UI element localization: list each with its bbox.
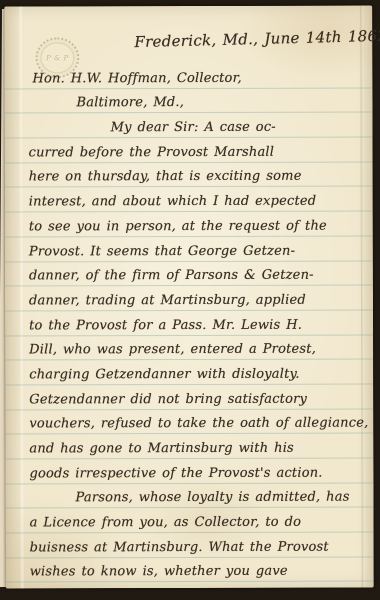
letter-line: buisness at Martinsburg. What the Provos… [6, 533, 374, 559]
letter-line: to see you in person, at the request of … [5, 212, 373, 238]
letter-line: vouchers, refused to take the oath of al… [5, 409, 373, 435]
letter-line: charging Getzendanner with disloyalty. [5, 360, 373, 386]
letter-line: wishes to know is, whether you gave [6, 557, 374, 583]
letter-line: Provost. It seems that George Getzen- [5, 236, 373, 262]
letter-paper: P & P Frederick, Md., June 14th 1862. Ho… [4, 6, 374, 589]
letter-line: curred before the Provost Marshall [5, 138, 373, 164]
letter-line: to the Provost for a Pass. Mr. Lewis H. [5, 310, 373, 336]
scanned-letter: P & P Frederick, Md., June 14th 1862. Ho… [0, 0, 380, 600]
letter-line: Dill, who was present, entered a Protest… [5, 335, 373, 361]
letter-dateline: Frederick, Md., June 14th 1862. [134, 27, 380, 52]
letter-line-recipient-city: Baltimore, Md., [4, 88, 372, 114]
letter-line: goods irrespective of the Provost's acti… [5, 459, 373, 485]
letter-line-salutation: My dear Sir: A case oc- [5, 113, 373, 139]
letter-line: danner, of the firm of Parsons & Getzen- [5, 261, 373, 287]
letter-line: here on thursday, that is exciting some [5, 162, 373, 188]
letter-line: a Licence from you, as Collector, to do [6, 508, 374, 534]
letter-line: interest, and about which I had expected [5, 187, 373, 213]
letter-body: Hon. H.W. Hoffman, Collector, Baltimore,… [4, 64, 373, 583]
letter-line-paragraph-start: Parsons, whose loyalty is admitted, has [5, 483, 373, 509]
letter-line: danner, trading at Martinsburg, applied [5, 286, 373, 312]
seal-monogram: P & P [46, 54, 69, 62]
letter-line: and has gone to Martinsburg with his [5, 434, 373, 460]
letter-line: Getzendanner did not bring satisfactory [5, 384, 373, 410]
letter-line-recipient: Hon. H.W. Hoffman, Collector, [4, 64, 372, 90]
